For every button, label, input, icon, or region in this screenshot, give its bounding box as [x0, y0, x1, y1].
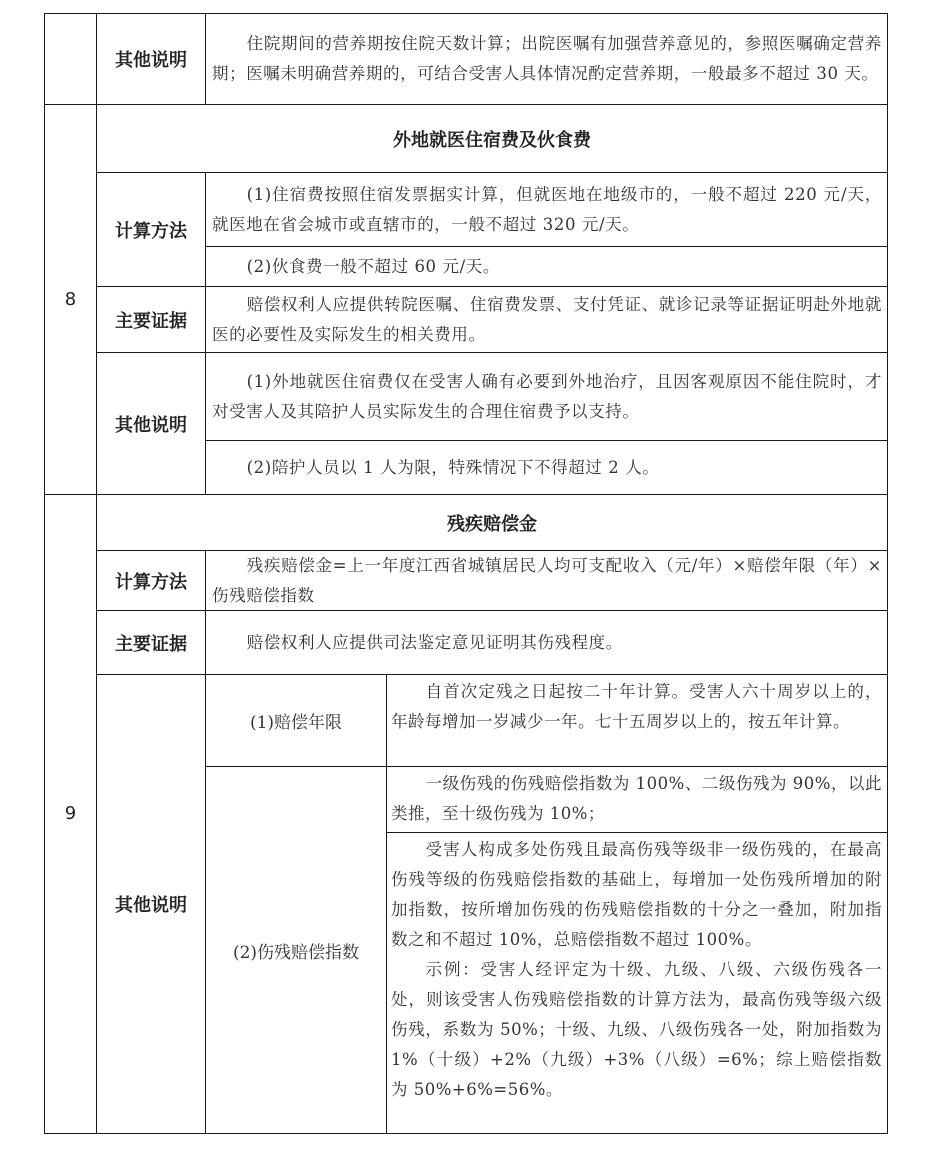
- section-8-number-cell: 8: [44, 104, 97, 495]
- section-8-other-item-1: (1)外地就医住宿费仅在受害人确有必要到外地治疗，且因客观原因不能住院时，才对受…: [205, 352, 888, 441]
- section-9-number-cell: 9: [44, 494, 97, 1134]
- section-8-calc-item-2: (2)伙食费一般不超过 60 元/天。: [205, 246, 888, 287]
- section-title-text: 外地就医住宿费及伙食费: [393, 126, 591, 152]
- section-9-sub-2-text-2: 受害人构成多处伤残且最高伤残等级非一级伤残的，在最高伤残等级的伤残赔偿指数的基础…: [386, 832, 888, 1134]
- section-9-sub-2-label: (2)伤残赔偿指数: [205, 766, 387, 1134]
- section-title-text: 残疾赔偿金: [447, 510, 537, 536]
- section-9-sub-2-text-1: 一级伤残的伤残赔偿指数为 100%、二级伤残为 90%，以此类推，至十级伤残为 …: [386, 766, 888, 833]
- section-8-other-label: 其他说明: [96, 352, 206, 495]
- sub-label-text: (2)伤残赔偿指数: [233, 938, 359, 963]
- section-8-calc-label: 计算方法: [96, 172, 206, 287]
- cell-text: (2)伙食费一般不超过 60 元/天。: [212, 252, 882, 282]
- section-number: 8: [65, 289, 76, 310]
- cell-text: 示例：受害人经评定为十级、九级、八级、六级伤残各一处，则该受害人伤残赔偿指数的计…: [391, 955, 882, 1105]
- prev-row-number-cell: [44, 13, 97, 105]
- cell-text: 受害人构成多处伤残且最高伤残等级非一级伤残的，在最高伤残等级的伤残赔偿指数的基础…: [391, 835, 882, 955]
- section-9-sub-1-label: (1)赔偿年限: [205, 674, 387, 767]
- cell-text: 一级伤残的伤残赔偿指数为 100%、二级伤残为 90%，以此类推，至十级伤残为 …: [391, 769, 882, 829]
- section-9-calc-label: 计算方法: [96, 550, 206, 611]
- cell-text: 残疾赔偿金=上一年度江西省城镇居民人均可支配收入（元/年）×赔偿年限（年）×伤残…: [212, 551, 882, 611]
- label-text: 其他说明: [115, 46, 187, 72]
- section-8-calc-item-1: (1)住宿费按照住宿发票据实计算，但就医地在地级市的，一般不超过 220 元/天…: [205, 172, 888, 247]
- label-text: 计算方法: [115, 568, 187, 594]
- section-9-evidence-text: 赔偿权利人应提供司法鉴定意见证明其伤残程度。: [205, 610, 888, 675]
- cell-text: 住院期间的营养期按住院天数计算；出院医嘱有加强营养意见的，参照医嘱确定营养期；医…: [212, 29, 882, 89]
- section-8-title: 外地就医住宿费及伙食费: [96, 104, 888, 173]
- label-text: 主要证据: [115, 630, 187, 656]
- label-text: 其他说明: [115, 891, 187, 917]
- section-9-calc-text: 残疾赔偿金=上一年度江西省城镇居民人均可支配收入（元/年）×赔偿年限（年）×伤残…: [205, 550, 888, 611]
- cell-text: 赔偿权利人应提供转院医嘱、住宿费发票、支付凭证、就诊记录等证据证明赴外地就医的必…: [212, 290, 882, 350]
- label-text: 主要证据: [115, 307, 187, 333]
- label-text: 计算方法: [115, 217, 187, 243]
- cell-text: (1)住宿费按照住宿发票据实计算，但就医地在地级市的，一般不超过 220 元/天…: [212, 180, 882, 240]
- prev-row-other-text: 住院期间的营养期按住院天数计算；出院医嘱有加强营养意见的，参照医嘱确定营养期；医…: [205, 13, 888, 105]
- prev-row-other-label: 其他说明: [96, 13, 206, 105]
- section-9-sub-1-text: 自首次定残之日起按二十年计算。受害人六十周岁以上的，年龄每增加一岁减少一年。七十…: [386, 674, 888, 767]
- section-9-title: 残疾赔偿金: [96, 494, 888, 551]
- section-9-evidence-label: 主要证据: [96, 610, 206, 675]
- section-8-evidence-text: 赔偿权利人应提供转院医嘱、住宿费发票、支付凭证、就诊记录等证据证明赴外地就医的必…: [205, 286, 888, 353]
- section-8-other-item-2: (2)陪护人员以 1 人为限，特殊情况下不得超过 2 人。: [205, 440, 888, 495]
- sub-label-text: (1)赔偿年限: [250, 708, 342, 733]
- cell-text: (2)陪护人员以 1 人为限，特殊情况下不得超过 2 人。: [212, 453, 882, 483]
- section-8-evidence-label: 主要证据: [96, 286, 206, 353]
- cell-text: 自首次定残之日起按二十年计算。受害人六十周岁以上的，年龄每增加一岁减少一年。七十…: [391, 677, 882, 737]
- label-text: 其他说明: [115, 411, 187, 437]
- section-number: 9: [65, 803, 76, 824]
- section-9-other-label: 其他说明: [96, 674, 206, 1134]
- cell-text: (1)外地就医住宿费仅在受害人确有必要到外地治疗，且因客观原因不能住院时，才对受…: [212, 367, 882, 427]
- cell-text: 赔偿权利人应提供司法鉴定意见证明其伤残程度。: [212, 628, 882, 658]
